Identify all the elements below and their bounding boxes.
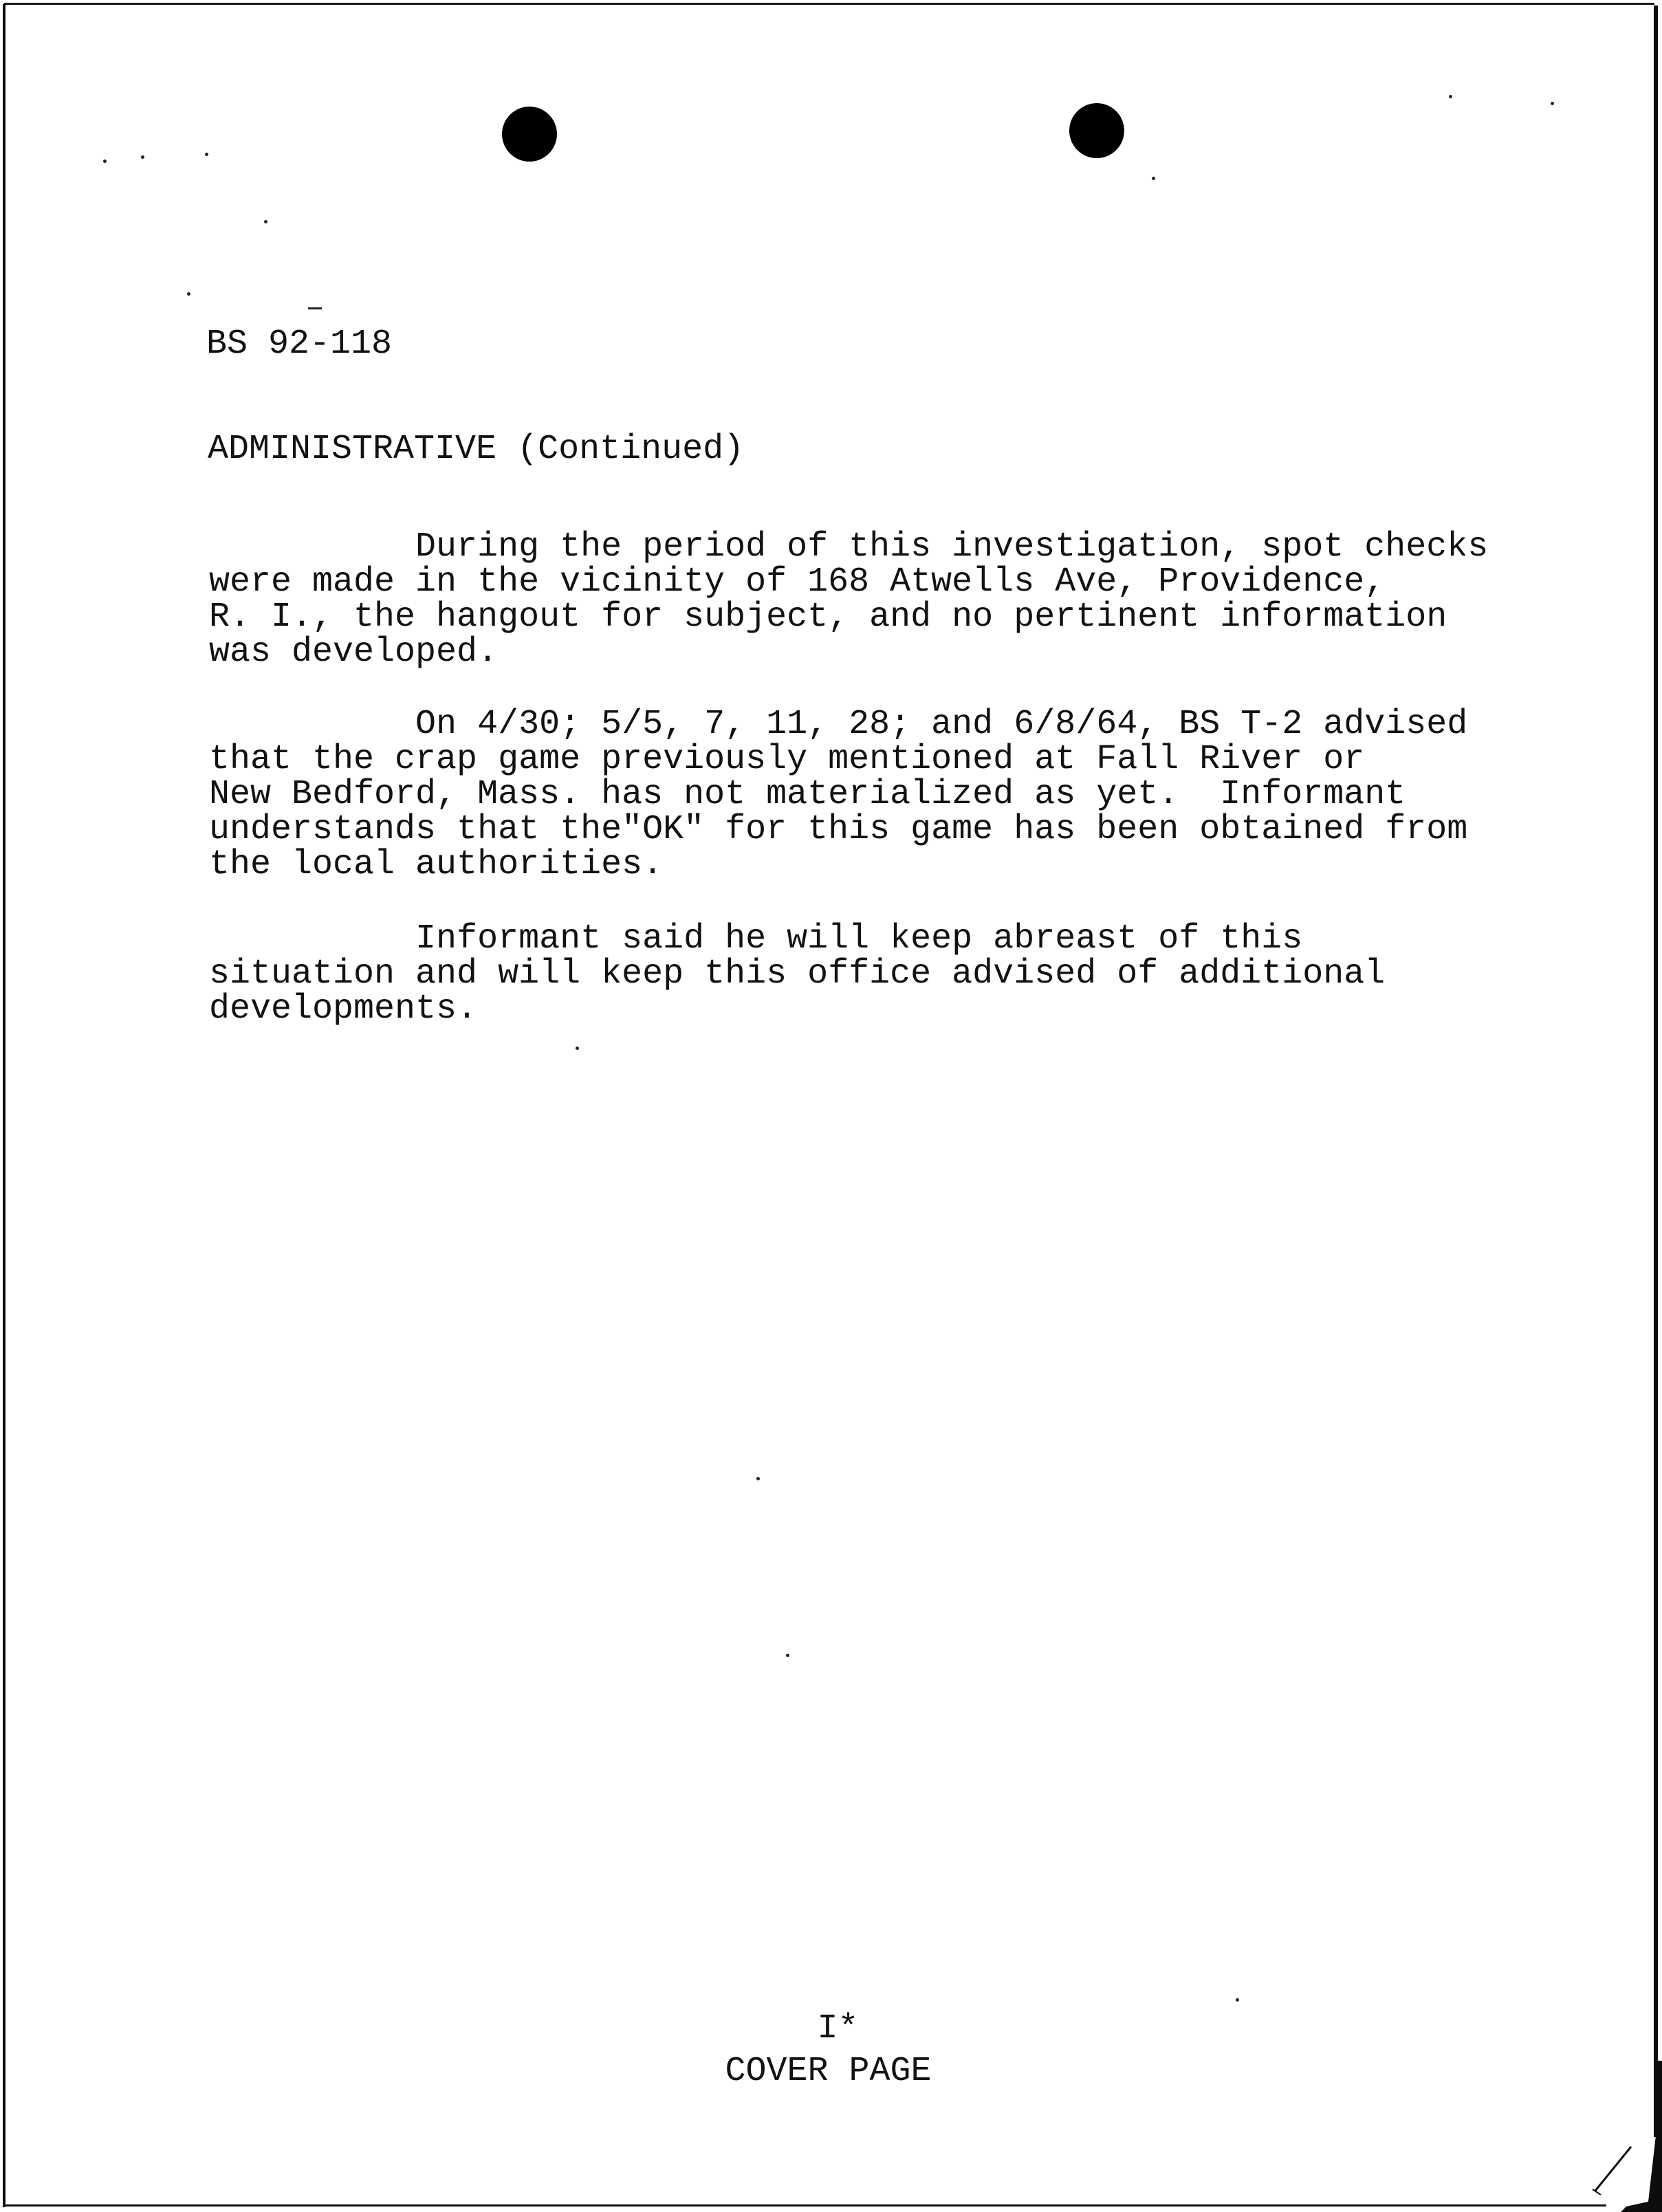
paragraph-line: On 4/30; 5/5, 7, 11, 28; and 6/8/64, BS … [209, 707, 1467, 742]
scan-speck [264, 220, 267, 223]
scan-speck [576, 1047, 579, 1050]
paragraph-line: understands that the"OK" for this game h… [209, 812, 1467, 847]
section-heading: ADMINISTRATIVE (Continued) [208, 432, 744, 467]
scan-speck [205, 153, 208, 156]
scan-speck [187, 292, 190, 296]
scan-speck [756, 1477, 760, 1480]
scan-speck [1551, 102, 1554, 105]
scan-border-left [3, 4, 6, 2207]
punch-hole-right [1069, 103, 1124, 158]
punch-hole-left [502, 107, 557, 162]
paragraph-line: R. I., the hangout for subject, and no p… [209, 600, 1488, 635]
page-footer: I* COVER PAGE [0, 2008, 1662, 2093]
paragraph-line: New Bedford, Mass. has not materialized … [209, 777, 1467, 812]
paragraph-informant-report: On 4/30; 5/5, 7, 11, 28; and 6/8/64, BS … [209, 707, 1467, 882]
scan-speck [1236, 1998, 1239, 2002]
paragraph-line: developments. [209, 992, 1385, 1027]
paragraph-line: was developed. [209, 635, 1488, 670]
file-number: BS 92-118 [206, 327, 392, 362]
paragraph-line: the local authorities. [209, 847, 1467, 882]
paragraph-line: situation and will keep this office advi… [209, 956, 1385, 992]
scan-speck [1152, 177, 1155, 180]
scan-speck [1449, 95, 1452, 98]
scan-mark [308, 307, 322, 309]
scanned-document-page: BS 92-118 ADMINISTRATIVE (Continued) Dur… [0, 0, 1662, 2212]
scan-border-top [4, 3, 1654, 5]
footer-label: COVER PAGE [0, 2050, 1662, 2093]
paragraph-line: During the period of this investigation,… [209, 529, 1488, 565]
paragraph-line: were made in the vicinity of 168 Atwells… [209, 565, 1488, 600]
scan-speck [103, 160, 107, 163]
scan-border-bottom [4, 2204, 1606, 2206]
scan-speck [786, 1654, 789, 1657]
pen-stroke-mark-icon [1588, 2144, 1637, 2199]
footer-mark: I* [0, 2008, 1662, 2050]
paragraph-line: Informant said he will keep abreast of t… [209, 921, 1385, 956]
paragraph-spot-checks: During the period of this investigation,… [209, 529, 1488, 670]
scan-border-right [1654, 6, 1658, 2137]
scan-speck [141, 155, 144, 159]
paragraph-line: that the crap game previously mentioned … [209, 742, 1467, 777]
paragraph-informant-followup: Informant said he will keep abreast of t… [209, 921, 1385, 1027]
